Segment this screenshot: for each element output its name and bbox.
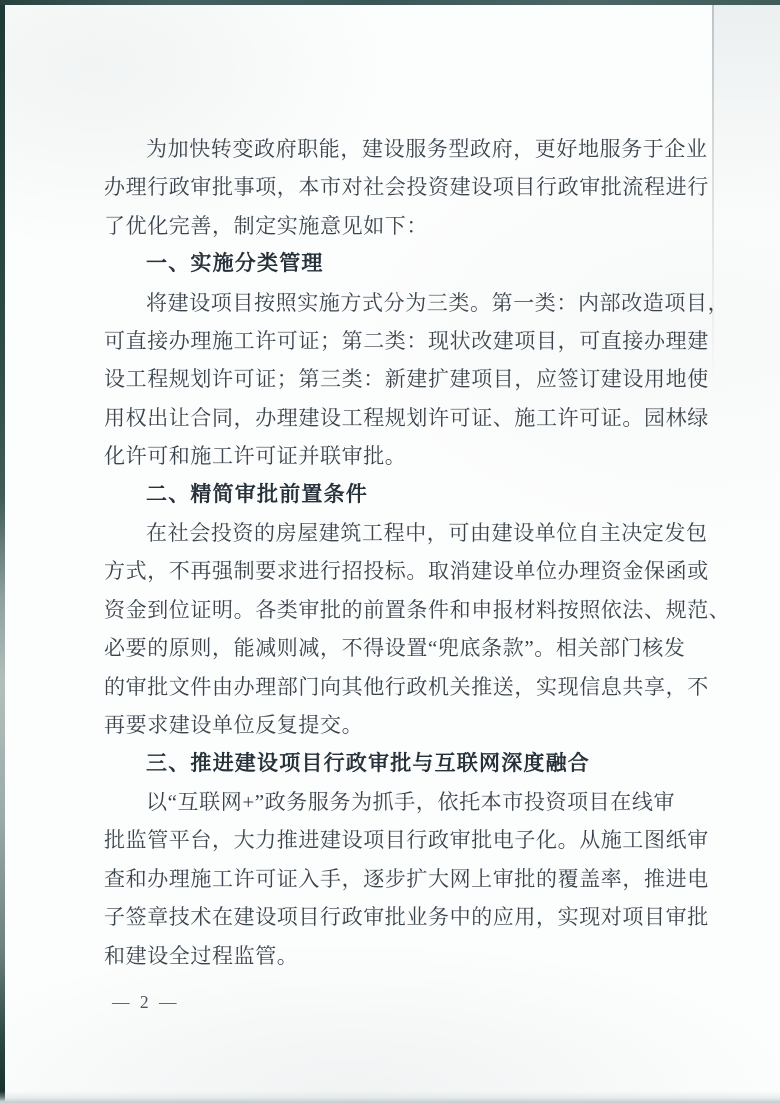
section-heading: 二、精简审批前置条件 (104, 476, 688, 514)
section-heading: 三、推进建设项目行政审批与互联网深度融合 (104, 745, 688, 783)
page-number: — 2 — (112, 992, 180, 1013)
text-line: 设工程规划许可证；第三类：新建扩建项目，应签订建设用地使 (104, 360, 688, 398)
text-line: 批监管平台，大力推进建设项目行政审批电子化。从施工图纸审 (104, 821, 688, 859)
text-line: 再要求建设单位反复提交。 (104, 706, 688, 744)
text-line: 以“互联网+”政务服务为抓手，依托本市投资项目在线审 (104, 783, 688, 821)
text-line: 可直接办理施工许可证；第二类：现状改建项目，可直接办理建 (104, 322, 688, 360)
scan-edge-top (0, 0, 780, 5)
scan-edge-bottom (0, 1091, 780, 1103)
text-line: 资金到位证明。各类审批的前置条件和申报材料按照依法、规范、 (104, 591, 688, 629)
text-line: 子签章技术在建设项目行政审批业务中的应用，实现对项目审批 (104, 898, 688, 936)
text-line: 查和办理施工许可证入手，逐步扩大网上审批的覆盖率，推进电 (104, 860, 688, 898)
scanned-page: 为加快转变政府职能，建设服务型政府，更好地服务于企业办理行政审批事项，本市对社会… (0, 0, 780, 1103)
scan-page-right-border (712, 5, 714, 385)
text-line: 办理行政审批事项，本市对社会投资建设项目行政审批流程进行 (104, 168, 688, 206)
text-line: 了优化完善，制定实施意见如下： (104, 207, 688, 245)
document-lines: 为加快转变政府职能，建设服务型政府，更好地服务于企业办理行政审批事项，本市对社会… (104, 130, 688, 975)
text-line: 和建设全过程监管。 (104, 937, 688, 975)
text-line: 为加快转变政府职能，建设服务型政府，更好地服务于企业 (104, 130, 688, 168)
scan-edge-left (0, 0, 5, 1103)
section-heading: 一、实施分类管理 (104, 245, 688, 283)
text-line: 在社会投资的房屋建筑工程中，可由建设单位自主决定发包 (104, 514, 688, 552)
text-line: 必要的原则，能减则减，不得设置“兜底条款”。相关部门核发 (104, 629, 688, 667)
scan-edge-right-shading (714, 5, 780, 245)
text-line: 将建设项目按照实施方式分为三类。第一类：内部改造项目， (104, 284, 688, 322)
text-line: 方式，不再强制要求进行招投标。取消建设单位办理资金保函或 (104, 552, 688, 590)
text-line: 用权出让合同，办理建设工程规划许可证、施工许可证。园林绿 (104, 399, 688, 437)
text-line: 化许可和施工许可证并联审批。 (104, 437, 688, 475)
text-line: 的审批文件由办理部门向其他行政机关推送，实现信息共享，不 (104, 668, 688, 706)
